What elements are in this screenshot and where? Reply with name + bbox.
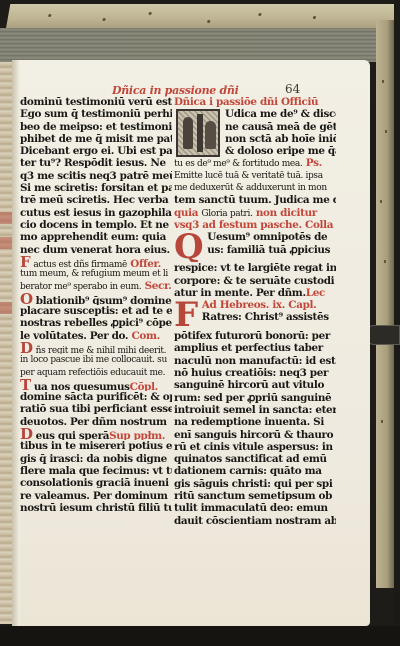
section-heading: Dñica i passiōe dñi Officiū (174, 96, 336, 108)
collect-block: Q Uesum⁹ omnipotēs de us: familiā tuā ꝓp… (174, 231, 336, 262)
gutter-shadow (12, 60, 20, 626)
text-line: dationem carnis: quāto ma (174, 465, 336, 477)
red-initial: T (20, 379, 31, 391)
facing-page-edge (0, 62, 12, 624)
text-line: na redemptione inuenta. Si (174, 416, 336, 428)
book-page: Dñica in passione dñi 64 dominū testimon… (12, 60, 370, 626)
page-block-edge (0, 28, 386, 62)
text-line: tulit immaculatū deo: emun (174, 502, 336, 514)
text-line: enī sanguis hircorū & thauro (174, 429, 336, 441)
communion-line: Dñs regit me & nihil mihi deerit. (20, 342, 172, 354)
text-line: beo de meipso: et testimoniū (20, 121, 172, 133)
text-line: sanguinē hircorū aut vitulo (174, 379, 336, 391)
text-line: placare susceptis: et ad te etiā (20, 305, 172, 317)
text-line: corpore: & te seruāte custodi (174, 275, 336, 287)
rubric-label: Sup ppłm. (109, 430, 165, 440)
text-line: non sctā ab hoīe iniq̄ (225, 133, 336, 145)
text-line: naculū non manufactū: id est (174, 355, 336, 367)
text-line: introiuit semel in sancta: eter (174, 404, 336, 416)
text-line: ter tu⁹? Respōdit iesus. Ne (20, 157, 172, 169)
rubric-label: Secr. (145, 280, 172, 292)
red-initial: F (174, 300, 198, 330)
text-line: nec dum venerat hora eius. (20, 244, 172, 256)
text-line: mo apprehendit eum: quia (20, 231, 172, 243)
secret-line: Oblationib⁹ q̄sum⁹ domine (20, 293, 172, 305)
text-line: ritū sanctum semetipsum ob (174, 490, 336, 502)
right-column: Dñica i passiōe dñi Officiū Udica me de⁹… (174, 96, 336, 527)
text-line: Dicebant ergo ei. Ubi est pa (20, 145, 172, 157)
rubric-label: Cōpl. (130, 381, 158, 391)
text-line: phibet de me q̄ misit me pater (20, 133, 172, 145)
rubric-label: Ps. (306, 157, 322, 169)
epistle-block: F Ad Hebreos. ix. Capl. Ratres: Christ⁹ … (174, 299, 336, 330)
text-line: ratiō sua tibi perficiant esse (20, 403, 172, 415)
text-line: nō huius creatiōis: neq3 per (174, 367, 336, 379)
text-line: dauit cōscientiam nostram ab (174, 515, 336, 527)
epistle-heading: Ad Hebreos. ix. Capl. (202, 299, 336, 311)
text-line: per aquam refectiōis educauit me. (20, 367, 172, 379)
rubric-line: quia Gloria patri. non dicitur (174, 207, 336, 219)
text-line: us: familiā tuā ꝓpicius (207, 244, 336, 256)
text-line: re valeamus. Per dominum (20, 490, 172, 502)
binding-bottom (0, 626, 400, 646)
text-line: Uesum⁹ omnipotēs de (207, 231, 336, 243)
red-initial: O (20, 293, 33, 305)
text-line: nostras rebelles ꝓpici⁹ cōpel (20, 317, 172, 329)
book-fore-edge (376, 20, 394, 588)
bookmark-ribbon (366, 325, 400, 345)
text-line: rū et cinis vitule aspersus: in (174, 441, 336, 453)
text-line: cutus est iesus in gazophila (20, 207, 172, 219)
super-populum-line: Deus qui sperāSup ppłm. (20, 428, 172, 440)
text-line: ne causā meā de gēte (225, 121, 336, 133)
text-line: gis q̄ irasci: da nobis digne (20, 453, 172, 465)
red-initial: D (20, 428, 33, 440)
text-line: domine sācta purificēt: & ope (20, 391, 172, 403)
folio-number: 64 (285, 82, 300, 96)
rubric-label: Lec (306, 287, 325, 299)
text-line: in loco pascue ibi me collocauit. su (20, 354, 172, 366)
red-initial: F (20, 256, 30, 268)
text-line: rum: sed per ꝓpriū sanguinē (174, 392, 336, 404)
text-line: consolationis graciā inueni (20, 477, 172, 489)
text-line: flere mala que fecimus: vt tue (20, 465, 172, 477)
text-line: le volūtates. Per do. Com. (20, 330, 172, 342)
text-line: Ratres: Christ⁹ assistēs (202, 311, 336, 323)
text-line: dominū testimoniū verū est. (20, 96, 172, 108)
text-line: Si me sciretis: forsitan et pa (20, 182, 172, 194)
text-line: gis sāguis christi: qui per spi (174, 478, 336, 490)
text-line: tum meum, & refugium meum et li (20, 268, 172, 280)
text-line: tu es de⁹ me⁹ & fortitudo mea. Ps. (174, 157, 336, 169)
text-line: Udica me de⁹ & discer (225, 108, 336, 120)
binding-right (394, 0, 400, 646)
red-initial: Q (174, 232, 203, 262)
text-line: amplius et perfectius taber (174, 342, 336, 354)
text-line: nostrū iesum christū filiū tuū. (20, 502, 172, 514)
text-line: pōtifex futurorū bonorū: per (174, 330, 336, 342)
rubric-label: Com. (131, 330, 159, 342)
offertory-line: Factus est dñs firmamē Offer. (20, 256, 172, 268)
text-line: me deduxerūt & adduxerunt in mon (174, 182, 336, 194)
book-top-edge (6, 4, 399, 30)
text-line: Emitte lucē tuā & veritatē tuā. ipsa (174, 170, 336, 182)
woodcut-illustration (176, 109, 220, 157)
text-line: quinatos sanctificat ad emū (174, 453, 336, 465)
introit-block: Udica me de⁹ & discer ne causā meā de gē… (174, 108, 336, 157)
text-line: tem sanctū tuum. Judica me deus. (174, 194, 336, 206)
text-line: atur in mente. Per dñm.Lec (174, 287, 336, 299)
red-initial: D (20, 342, 33, 354)
left-column: dominū testimoniū verū est. Ego sum q̄ t… (20, 96, 172, 514)
text-line: tibus in te misereri potius eli (20, 440, 172, 452)
text-line: q3 me scitis neq3 patrē meū. (20, 170, 172, 182)
rubric-label: Offer. (130, 258, 161, 268)
postcommunion-line: Tua nos quesumusCōpl. (20, 379, 172, 391)
text-line: & doloso eripe me q̄a (225, 145, 336, 157)
text-line: cio docens in templo. Et ne (20, 219, 172, 231)
rubric-line: vsq3 ad festum pasche. Colla (174, 219, 336, 231)
text-line: deuotos. Per dñm nostrum (20, 416, 172, 428)
text-line: respice: vt te largiēte regat in (174, 262, 336, 274)
text-line: trē meū sciretis. Hec verba lo (20, 194, 172, 206)
text-line: Ego sum q̄ testimoniū perhi (20, 108, 172, 120)
text-line: berator me⁹ sperabo in eum. Secr. (20, 280, 172, 292)
